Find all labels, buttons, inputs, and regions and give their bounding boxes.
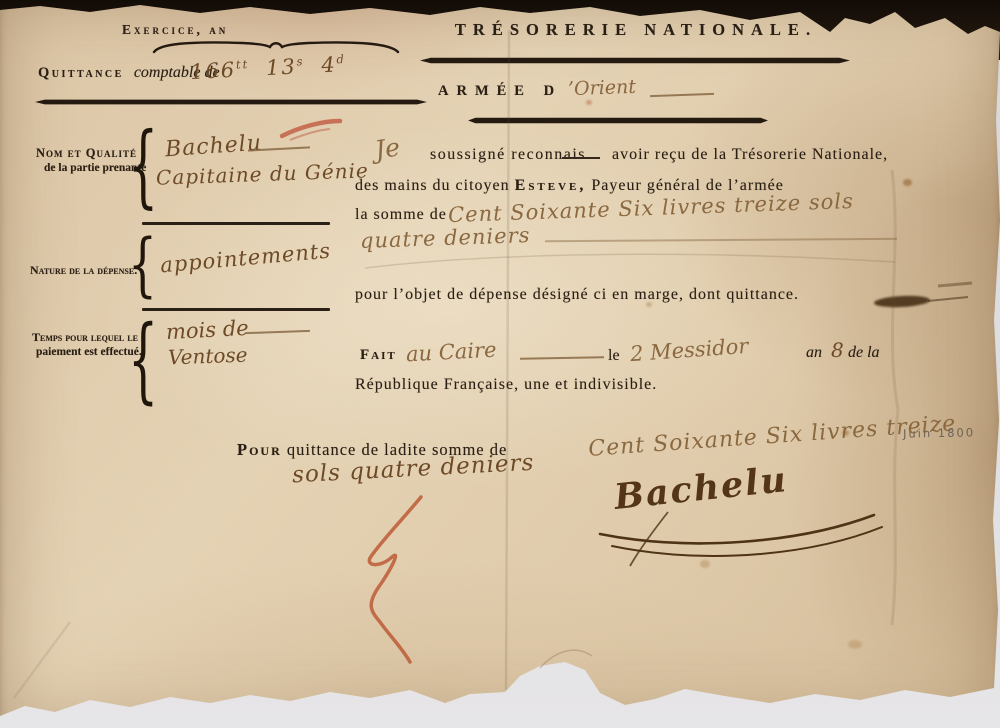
- margin3-value-line2: Ventose: [168, 343, 248, 370]
- foxing-spot: [646, 302, 652, 307]
- body-je-written: Je: [373, 132, 402, 164]
- body-dela-label: de la: [848, 344, 880, 362]
- amount-deniers: 4: [321, 52, 338, 77]
- pencil-date-note: Juin 1800: [903, 425, 975, 440]
- brace3-icon: {: [128, 314, 158, 407]
- margin-rule-2: [142, 308, 330, 311]
- body-line2: des mains du citoyen Esteve, Payeur géné…: [355, 177, 784, 195]
- amount-livres-unit: tt: [236, 57, 250, 72]
- body-le-label: le: [608, 347, 620, 365]
- body-soussigne: soussigné reconnais: [430, 146, 586, 164]
- quittance-label-caps: Quittance: [38, 65, 124, 81]
- foxing-spot: [903, 179, 912, 186]
- margin3-label-line2: paiement est effectué.: [36, 346, 142, 358]
- brace1-icon: {: [128, 121, 158, 211]
- foxing-spot: [842, 430, 849, 436]
- body-an-number: 8: [831, 338, 844, 362]
- body-recu: avoir reçu de la Trésorerie Nationale,: [612, 146, 888, 164]
- foxing-spot: [586, 100, 592, 105]
- body-republique: République Française, une et indivisible…: [355, 376, 657, 394]
- masthead-title: TRÉSORERIE NATIONALE.: [418, 20, 854, 40]
- amount-livres: 166: [189, 58, 236, 84]
- body-fait-label: Fait: [360, 347, 397, 364]
- header-left-rule: [35, 99, 427, 105]
- exercice-label: Exercice, an: [122, 22, 228, 38]
- margin3-value-line1: mois de: [165, 316, 249, 344]
- foxing-spot: [700, 560, 710, 568]
- masthead-rule: [420, 57, 850, 64]
- body-dash-1: [562, 157, 600, 159]
- footer-pour-caps: Pour: [237, 440, 282, 459]
- scanned-document-scene: Exercice, an Quittance comptable de 166t…: [0, 0, 1000, 728]
- brace2-icon: {: [128, 230, 157, 300]
- margin3-label-line1: Temps pour lequel le: [32, 330, 138, 345]
- body-mains-pre: des mains du citoyen: [355, 177, 510, 194]
- margin1-label-line1: Nom et Qualité: [36, 146, 137, 161]
- armee-rule: [468, 117, 768, 124]
- body-fait-place: au Caire: [405, 338, 497, 367]
- body-payeur-name: Esteve,: [515, 177, 587, 194]
- armee-label: ARMÉE D: [438, 83, 562, 100]
- foxing-spot: [848, 640, 862, 649]
- amount-deniers-unit: d: [336, 52, 346, 66]
- margin2-label: Nature de la dépense.: [30, 263, 137, 278]
- armee-written-value: ’Orient: [568, 76, 637, 100]
- body-somme-label: la somme de: [355, 206, 447, 224]
- body-an-label: an: [806, 344, 822, 362]
- body-objet: pour l’objet de dépense désigné ci en ma…: [355, 286, 799, 304]
- amount-sols-unit: s: [296, 54, 305, 68]
- margin-rule-1: [142, 222, 330, 225]
- amount-sols: 13: [265, 55, 297, 81]
